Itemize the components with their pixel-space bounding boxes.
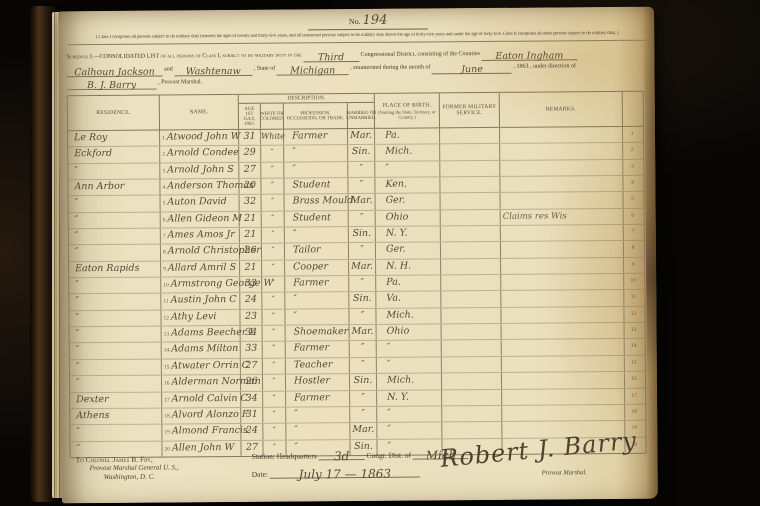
line-number-cell: 14: [625, 339, 643, 354]
birthplace-cell: Ohio: [376, 210, 441, 226]
color-cell: ″: [262, 260, 285, 276]
row-number-prefix: 8: [163, 250, 166, 256]
addressee-line-3: Washington, D. C.: [76, 472, 179, 482]
married-cell: Mar.: [349, 194, 376, 210]
birthplace-cell: ″: [377, 423, 442, 439]
remarks-cell: [500, 143, 623, 159]
name-value: Allen John W: [172, 442, 234, 453]
heading-printed-4: , State of: [254, 66, 276, 72]
color-cell: ″: [262, 211, 285, 227]
occupation-cell: ″: [285, 227, 349, 243]
service-cell: [441, 308, 501, 324]
line-number-cell: 10: [624, 274, 642, 289]
row-number-prefix: 5: [163, 201, 166, 207]
occupation-cell: ″: [285, 309, 349, 325]
color-cell: ″: [261, 162, 284, 178]
page-number-label: No.: [349, 17, 361, 26]
birthplace-cell: Mich.: [377, 374, 442, 390]
birthplace-cell: Pa.: [375, 128, 440, 144]
name-value: Atwater Orrin C: [171, 360, 249, 372]
residence-cell: Le Roy: [68, 131, 160, 147]
occupation-cell: ″: [286, 407, 350, 423]
service-cell: [442, 373, 502, 389]
row-number-prefix: 20: [164, 446, 170, 452]
age-cell: 23: [240, 310, 262, 326]
occupation-cell: Cooper: [285, 260, 349, 276]
name-cell: 7Ames Amos Jr: [161, 228, 240, 244]
birthplace-cell: Ger.: [376, 194, 441, 210]
occupation-cell: Teacher: [286, 358, 350, 374]
station-district-handwritten: 3d: [319, 449, 365, 460]
row-number-prefix: 7: [163, 234, 166, 240]
table-body: Le Roy 1Atwood John W 31 White Farmer Ma…: [68, 127, 646, 457]
married-cell: ″: [349, 243, 376, 259]
row-number-prefix: 3: [162, 168, 165, 174]
remarks-cell: [501, 241, 624, 257]
heading-printed-5: , enumerated during the month of: [350, 64, 430, 71]
residence-cell: ″: [69, 212, 161, 228]
name-cell: 6Allen Gideon M: [161, 212, 240, 228]
birthplace-cell: ″: [377, 341, 442, 357]
age-cell: 29: [239, 146, 261, 162]
enrollment-table: Residence. Name. Description. Age 1st Ju…: [67, 91, 647, 458]
service-column-header: Former Military Service.: [440, 93, 500, 127]
schedule-heading: Schedule I.—CONSOLIDATED LIST of all per…: [66, 47, 648, 91]
birthplace-cell: Mich.: [375, 145, 440, 161]
name-column-header: Name.: [160, 95, 239, 130]
row-number-prefix: 17: [164, 397, 170, 403]
description-column-group: Description. Age 1st July, 1863. White o…: [239, 94, 375, 129]
color-cell: ″: [261, 146, 284, 162]
heading-printed-3: and: [164, 66, 173, 72]
occupation-cell: Student: [284, 178, 348, 194]
name-cell: 2Arnold Condee: [160, 146, 239, 162]
remarks-cell: [502, 356, 625, 372]
line-number-cell: 7: [624, 225, 642, 240]
row-number-prefix: 6: [163, 217, 166, 223]
remarks-cell: [502, 388, 625, 404]
married-cell: ″: [349, 276, 376, 292]
color-cell: ″: [262, 228, 285, 244]
name-value: Almond Francis: [172, 425, 248, 437]
age-cell: 21: [240, 228, 262, 244]
service-cell: [441, 275, 501, 291]
age-cell: 24: [241, 424, 263, 440]
heading-counties-1-handwritten: Eaton Ingham: [481, 49, 577, 61]
color-cell: ″: [263, 391, 286, 407]
residence-cell: ″: [69, 229, 161, 245]
occupation-cell: Hostler: [286, 374, 350, 390]
birthplace-cell: Ohio: [377, 324, 442, 340]
heading-printed-6: , 1863 , under direction of: [513, 63, 576, 69]
page-number: No. 194: [308, 12, 428, 30]
line-number-cell: 2: [623, 143, 641, 158]
occupation-cell: ″: [284, 162, 348, 178]
age-cell: 27: [239, 162, 261, 178]
remarks-cell: [500, 160, 623, 176]
name-value: Auton David: [167, 196, 227, 207]
heading-director-handwritten: B. J. Barry: [67, 79, 157, 91]
addressee-block: To Colonel James B. Fry, Provost Marshal…: [76, 454, 179, 482]
age-cell: 31: [239, 130, 261, 146]
occupation-cell: Student: [285, 211, 349, 227]
birthplace-cell: Ken.: [375, 177, 440, 193]
age-column-header: Age 1st July, 1863.: [239, 104, 261, 129]
line-number-cell: 17: [625, 388, 643, 403]
date-label: Date:: [252, 470, 268, 479]
name-value: Alvord Alonzo F: [172, 409, 249, 421]
remarks-cell: [500, 127, 623, 143]
age-cell: 32: [240, 195, 262, 211]
birthplace-cell: ″: [377, 357, 442, 373]
age-cell: 33: [240, 277, 262, 293]
service-cell: [440, 128, 500, 144]
name-cell: 16Alderman Norman: [162, 375, 241, 391]
married-cell: Mar.: [350, 423, 377, 439]
married-cell: ″: [348, 178, 375, 194]
residence-cell: ″: [69, 196, 161, 212]
name-value: Allard Amril S: [168, 262, 236, 274]
age-cell: 24: [240, 293, 262, 309]
age-cell: 34: [241, 391, 263, 407]
line-number-cell: 3: [623, 159, 641, 174]
line-number-cell: 12: [624, 307, 642, 322]
name-value: Arnold Calvin C: [172, 392, 248, 404]
remarks-cell: [501, 307, 624, 323]
service-cell: [442, 324, 502, 340]
remarks-cell: [501, 225, 624, 241]
married-cell: ″: [350, 341, 377, 357]
color-cell: ″: [262, 195, 285, 211]
remarks-cell: [501, 274, 624, 290]
remarks-cell: [502, 323, 625, 339]
birthplace-cell: ″: [375, 161, 440, 177]
birthplace-cell: Mich.: [376, 308, 441, 324]
residence-cell: ″: [69, 278, 161, 294]
line-number-cell: 5: [624, 192, 642, 207]
name-cell: 11Austin John C: [161, 293, 240, 309]
row-number-prefix: 18: [164, 413, 170, 419]
row-number-prefix: 1: [162, 136, 165, 142]
line-number-cell: 18: [625, 405, 643, 420]
heading-printed-2: Congressional District, consisting of th…: [361, 51, 480, 58]
table-header-row: Residence. Name. Description. Age 1st Ju…: [68, 92, 643, 132]
service-cell: [441, 242, 501, 258]
ledger-page: No. 194 [ Class I comprises all persons …: [58, 7, 658, 504]
remarks-cell: [501, 192, 624, 208]
married-cell: ″: [350, 358, 377, 374]
date-handwritten: July 17 — 1863: [270, 467, 420, 479]
line-number-cell: 1: [623, 127, 641, 142]
row-number-prefix: 16: [164, 381, 170, 387]
color-column-header: White or Colored.: [261, 104, 284, 129]
service-cell: [442, 406, 502, 422]
row-number-prefix: 13: [164, 332, 170, 338]
name-value: Austin John C: [171, 294, 237, 306]
residence-cell: ″: [70, 327, 162, 343]
row-number-prefix: 15: [164, 364, 170, 370]
occupation-cell: Tailor: [285, 243, 349, 259]
residence-cell: Athens: [70, 408, 162, 424]
married-cell: Sin.: [348, 145, 375, 161]
service-cell: [441, 259, 501, 275]
line-number-cell: 8: [624, 241, 642, 256]
name-cell: 17Arnold Calvin C: [162, 391, 241, 407]
description-subheaders: Age 1st July, 1863. White or Colored. Pr…: [239, 103, 374, 129]
married-cell: Sin.: [350, 374, 377, 390]
name-cell: 8Arnold Christopher: [161, 244, 240, 260]
service-cell: [440, 161, 500, 177]
remarks-cell: [502, 372, 625, 388]
color-cell: ″: [263, 358, 286, 374]
residence-column-header: Residence.: [68, 96, 160, 131]
heading-counties-3-handwritten: Washtenaw: [174, 65, 252, 77]
color-cell: ″: [262, 244, 285, 260]
line-number-column-header: [623, 92, 641, 126]
birthplace-header-main: Place of Birth.: [383, 102, 432, 108]
occupation-cell: Shoemaker: [286, 325, 350, 341]
age-cell: 21: [240, 211, 262, 227]
remarks-cell: [500, 176, 623, 192]
occupation-cell: Farmer: [286, 391, 350, 407]
name-cell: 15Atwater Orrin C: [162, 359, 241, 375]
birthplace-cell: Va.: [376, 292, 441, 308]
married-cell: Mar.: [349, 260, 376, 276]
residence-cell: ″: [70, 359, 162, 375]
row-number-prefix: 2: [162, 152, 165, 158]
service-cell: [441, 210, 501, 226]
color-cell: ″: [263, 424, 286, 440]
name-value: Athy Levi: [171, 311, 216, 322]
color-cell: ″: [263, 407, 286, 423]
date-line: Date: July 17 — 1863: [252, 467, 420, 479]
name-cell: 12Athy Levi: [161, 310, 240, 326]
name-cell: 14Adams Milton: [162, 342, 241, 358]
row-number-prefix: 9: [163, 266, 166, 272]
occupation-cell: ″: [285, 293, 349, 309]
age-cell: 33: [241, 342, 263, 358]
occupation-cell: ″: [284, 145, 348, 161]
birthplace-column-header: Place of Birth. (Naming the State, Terri…: [375, 93, 440, 128]
name-cell: 19Almond Francis: [162, 424, 241, 440]
married-cell: ″: [350, 390, 377, 406]
occupation-cell: Brass Mould.: [285, 194, 349, 210]
name-cell: 4Anderson Thomas: [160, 179, 239, 195]
color-cell: ″: [263, 375, 286, 391]
heading-printed-7: , Provost Marshal.: [158, 79, 202, 85]
name-cell: 3Arnold John S: [160, 163, 239, 179]
heading-counties-2-handwritten: Calhoun Jackson: [67, 66, 163, 78]
occupation-cell: ″: [286, 423, 350, 439]
name-value: Adams Milton: [171, 343, 238, 355]
married-cell: Mar.: [350, 325, 377, 341]
service-cell: [442, 422, 502, 438]
station-label: Station: Headquarters: [252, 451, 317, 461]
name-value: Arnold Condee: [167, 147, 239, 159]
birthplace-cell: N. H.: [376, 259, 441, 275]
residence-cell: ″: [70, 376, 162, 392]
service-cell: [440, 177, 500, 193]
color-cell: ″: [261, 179, 284, 195]
residence-cell: ″: [69, 245, 161, 261]
color-cell: ″: [263, 342, 286, 358]
occupation-column-header: Profession, Occupation, or Trade.: [284, 103, 348, 129]
line-number-cell: 11: [624, 290, 642, 305]
remarks-cell: [501, 258, 624, 274]
line-number-cell: 16: [625, 372, 643, 387]
row-number-prefix: 4: [162, 185, 165, 191]
heading-district-handwritten: Third: [303, 51, 359, 62]
birthplace-cell: N. Y.: [377, 390, 442, 406]
name-value: Atwood John W: [167, 131, 241, 143]
remarks-column-header: Remarks.: [500, 92, 623, 127]
row-number-prefix: 10: [163, 283, 169, 289]
color-cell: ″: [263, 326, 286, 342]
birthplace-cell: N. Y.: [376, 226, 441, 242]
service-cell: [441, 193, 501, 209]
service-cell: [442, 389, 502, 405]
line-number-cell: 13: [625, 323, 643, 338]
remarks-cell: Claims res Wis: [501, 209, 624, 225]
heading-month-handwritten: June: [432, 63, 512, 75]
remarks-cell: [501, 290, 624, 306]
color-cell: White: [261, 130, 284, 146]
name-cell: 13Adams Beecher L: [162, 326, 241, 342]
color-cell: ″: [262, 309, 285, 325]
name-cell: 5Auton David: [161, 195, 240, 211]
residence-cell: ″: [68, 163, 160, 179]
name-value: Allen Gideon M: [167, 213, 242, 225]
residence-cell: Eaton Rapids: [69, 261, 161, 277]
birthplace-cell: Ger.: [376, 243, 441, 259]
line-number-cell: 15: [625, 356, 643, 371]
line-number-cell: 9: [624, 258, 642, 273]
heading-state-handwritten: Michigan: [277, 64, 349, 76]
age-cell: 31: [241, 408, 263, 424]
service-cell: [442, 357, 502, 373]
married-column-header: Married or Unmarried.: [348, 103, 375, 128]
residence-cell: ″: [70, 343, 162, 359]
residence-cell: Ann Arbor: [68, 180, 160, 196]
occupation-cell: Farmer: [284, 129, 348, 145]
remarks-cell: [502, 405, 625, 421]
class-note: [ Class I comprises all persons subject …: [68, 31, 646, 46]
married-cell: ″: [349, 211, 376, 227]
service-cell: [440, 144, 500, 160]
remarks-cell: [502, 339, 625, 355]
row-number-prefix: 19: [164, 430, 170, 436]
occupation-cell: Farmer: [286, 342, 350, 358]
age-cell: 26: [240, 244, 262, 260]
service-cell: [442, 340, 502, 356]
name-cell: 10Armstrong George W: [161, 277, 240, 293]
heading-printed-1: Schedule I.—CONSOLIDATED LIST of all per…: [66, 52, 301, 60]
row-number-prefix: 12: [163, 315, 169, 321]
name-cell: 18Alvord Alonzo F: [162, 408, 241, 424]
color-cell: ″: [262, 293, 285, 309]
signature-title: Provost Marshal.: [542, 469, 587, 476]
station-mid-label: Congr. Dist. of: [366, 451, 411, 460]
age-cell: 26: [241, 375, 263, 391]
residence-cell: Dexter: [70, 392, 162, 408]
married-cell: Mar.: [348, 129, 375, 145]
age-cell: 27: [241, 359, 263, 375]
line-number-cell: 6: [624, 208, 642, 223]
married-cell: ″: [349, 309, 376, 325]
name-value: Arnold John S: [167, 164, 234, 176]
married-cell: Sin.: [349, 292, 376, 308]
residence-cell: ″: [69, 310, 161, 326]
married-cell: Sin.: [349, 227, 376, 243]
row-number-prefix: 11: [163, 299, 168, 305]
age-cell: 34: [241, 326, 263, 342]
page-number-value: 194: [363, 13, 388, 28]
service-cell: [441, 226, 501, 242]
line-number-cell: 4: [623, 176, 641, 191]
age-cell: 20: [239, 179, 261, 195]
service-cell: [441, 291, 501, 307]
age-cell: 21: [240, 261, 262, 277]
birthplace-cell: ″: [377, 406, 442, 422]
name-cell: 1Atwood John W: [160, 130, 239, 146]
birthplace-header-note: (Naming the State, Territory, or Country…: [376, 109, 438, 119]
residence-cell: ″: [69, 294, 161, 310]
name-value: Ames Amos Jr: [168, 229, 235, 241]
name-cell: 9Allard Amril S: [161, 261, 240, 277]
color-cell: ″: [262, 277, 285, 293]
row-number-prefix: 14: [164, 348, 170, 354]
married-cell: ″: [348, 162, 375, 178]
married-cell: ″: [350, 407, 377, 423]
residence-cell: Eckford: [68, 147, 160, 163]
addressee-line-2: Provost Marshal General U. S.,: [76, 463, 179, 473]
occupation-cell: Farmer: [285, 276, 349, 292]
birthplace-cell: Pa.: [376, 275, 441, 291]
residence-cell: ″: [70, 425, 162, 441]
